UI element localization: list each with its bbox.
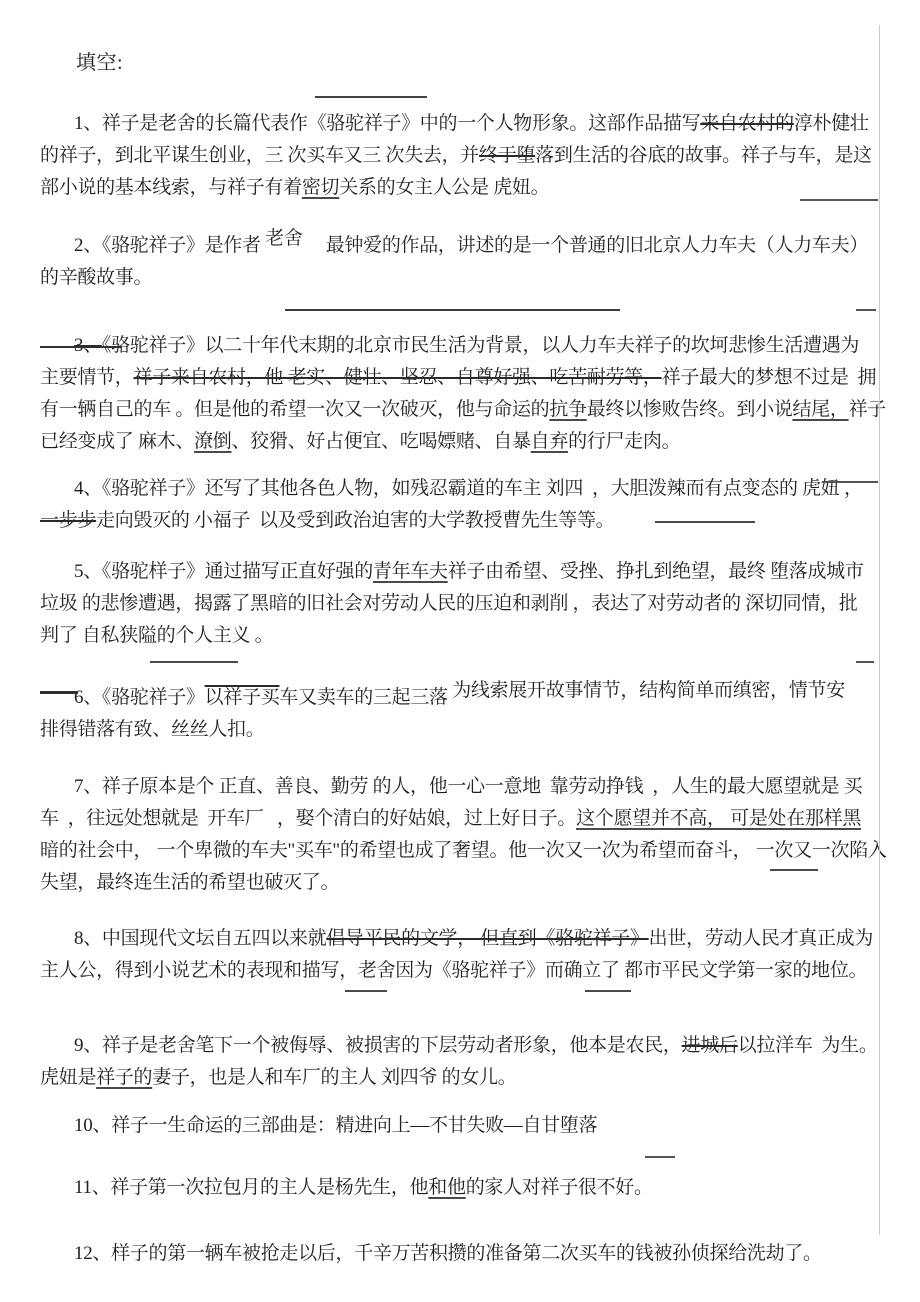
paragraph-p9: 9、祥子是老舍笔下一个被侮辱、被损害的下层劳动者形象，他本是农民，进城后以拉洋车… [40, 1030, 882, 1094]
p8-underline-1 [345, 990, 387, 992]
text-line: 排得错落有致、丝丝人扣。 [40, 714, 882, 746]
paragraph-p2: 2、《骆驼祥子》是作者 老舍 最钟爱的作品，讲述的是一个普通的旧北京人力车夫（人… [40, 230, 882, 294]
p4-trailing-blank [655, 521, 755, 523]
paragraph-p12: 12、样子的第一辆车被抢走以后，千辛万苦积攒的准备第二次买车的钱被孙侦探给洗劫了… [40, 1238, 882, 1270]
page-edge-rule [879, 25, 880, 1235]
text-segment: 妻子，也是人和车厂的主人 刘四爷 的女儿。 [152, 1067, 516, 1088]
text-segment: 判了 自私狭隘的个人主义 。 [40, 625, 273, 646]
text-line: 的祥子，到北平谋生创业，三 次买车又三 次失去，并终于堕落到生活的谷底的故事。祥… [40, 140, 882, 172]
text-line: 主人公，得到小说艺术的表现和描写，老舍因为《骆驼祥子》而确立了 都市平民文学第一… [40, 955, 882, 987]
text-line: 部小说的基本线索，与祥子有着密切关系的女主人公是 虎妞。 [40, 172, 882, 204]
text-line: 暗的社会中， 一个卑微的车夫"买车"的希望也成了奢望。他一次又一次为希望而奋斗，… [40, 835, 882, 867]
text-segment: 的辛酸故事。 [40, 267, 152, 288]
page-title: 填空: [76, 50, 123, 76]
p8-underline-2 [585, 990, 631, 992]
paragraph-p8: 8、中国现代文坛自五四以来就倡导平民的文学， 但直到《骆驼祥子》出世，劳动人民才… [40, 923, 882, 987]
p11-above-short-line [645, 1156, 675, 1158]
text-segment: 主人公，得到小说艺术的表现和描写，老舍因为《骆驼祥子》而确立了 都市平民文学第一… [40, 960, 867, 981]
text-segment: 10、祥子一生命运的三部曲是：精进向上—不甘失败—自甘堕落 [74, 1115, 597, 1136]
text-segment: 的家人对祥子很不好。 [466, 1177, 653, 1198]
underlined-answer: 抗争 [549, 399, 586, 420]
text-line: 垃圾 的悲惨遭遇，揭露了黑暗的旧社会对劳动人民的压迫和剥削 ，表达了对劳动者的 … [40, 588, 882, 620]
p4-topright-line [822, 481, 878, 483]
text-line: 已经变成了 麻木、潦倒、狡猾、好占便宜、吃喝嫖赌、自暴自弃的行尸走肉。 [40, 426, 882, 458]
p5-right-dash [856, 661, 874, 663]
text-line: 11、祥子第一次拉包月的主人是杨先生，他和他的家人对祥子很不好。 [40, 1172, 882, 1204]
struck-text: 来自农村的 [700, 113, 794, 134]
paragraph-p6: 6、《骆驼祥子》以祥子买车又卖车的三起三落 为线索展开故事情节，结构简单而缜密，… [40, 682, 882, 746]
text-segment: 12、样子的第一辆车被抢走以后，千辛万苦积攒的准备第二次买车的钱被孙侦探给洗劫了… [74, 1243, 822, 1264]
struck-text: 一步步 [40, 510, 96, 531]
text-line: 1、祥子是老舍的长篇代表作《骆驼祥子》中的一个人物形象。这部作品描写来自农村的淳… [40, 108, 882, 140]
p3-left-strike-dash [40, 346, 122, 348]
text-segment: 以拉洋车 为生。 [738, 1035, 878, 1056]
paragraph-p3: 3、《骆驼祥子》以二十年代末期的北京市民生活为背景，以人力车夫祥子的坎坷悲惨生活… [40, 330, 882, 458]
text-segment: 垃圾 的悲惨遭遇，揭露了黑暗的旧社会对劳动人民的压迫和剥削 ，表达了对劳动者的 … [40, 593, 857, 614]
text-segment: 主要情节， [40, 367, 134, 388]
text-segment: 9、祥子是老舍笔下一个被侮辱、被损害的下层劳动者形象，他本是农民， [74, 1035, 682, 1056]
text-segment: 11、祥子第一次拉包月的主人是杨先生，他 [74, 1177, 428, 1198]
text-segment: 部小说的基本线索，与祥子有着 [40, 177, 302, 198]
struck-text: 进城后 [682, 1035, 738, 1056]
text-line: 10、祥子一生命运的三部曲是：精进向上—不甘失败—自甘堕落 [40, 1110, 882, 1142]
p2-right-dash [856, 309, 876, 311]
text-segment: 淳朴健壮 [794, 113, 869, 134]
text-line: 失望，最终连生活的希望也破灭了。 [40, 867, 882, 899]
text-segment: 祥子最大的梦想不过是 拥 [662, 367, 877, 388]
text-segment: 虎妞是 [40, 1067, 96, 1088]
text-segment: 失望，最终连生活的希望也破灭了。 [40, 872, 339, 893]
underlined-answer: 潦倒 [194, 431, 231, 452]
text-line: 有一辆自己的车 。但是他的希望一次又一次破灭，他与命运的抗争最终以惨败告终。到小… [40, 394, 882, 426]
paragraph-p10: 10、祥子一生命运的三部曲是：精进向上—不甘失败—自甘堕落 [40, 1110, 882, 1142]
paragraph-p1: 1、祥子是老舍的长篇代表作《骆驼祥子》中的一个人物形象。这部作品描写来自农村的淳… [40, 108, 882, 204]
text-line: 判了 自私狭隘的个人主义 。 [40, 620, 882, 652]
p6-left-dash [40, 691, 78, 694]
text-segment: 6、《骆驼祥子》 [74, 687, 205, 708]
underlined-answer: 青年车夫 [373, 561, 448, 582]
struck-text: 终于堕 [479, 145, 535, 166]
paragraph-p11: 11、祥子第一次拉包月的主人是杨先生，他和他的家人对祥子很不好。 [40, 1172, 882, 1204]
text-line: 3、《骆驼祥子》以二十年代末期的北京市民生活为背景，以人力车夫祥子的坎坷悲惨生活… [40, 330, 882, 362]
title-blank-line [315, 96, 427, 98]
text-segment: 落到生活的谷底的故事。祥子与车，是这 [535, 145, 872, 166]
text-segment: 、狡猾、好占便宜、吃喝嫖赌、自暴 [231, 431, 530, 452]
text-line: 7、祥子原本是个 正直、善良、勤劳 的人，他一心一意地 靠劳动挣钱 ，人生的最大… [40, 771, 882, 803]
underlined-answer: 和他 [428, 1177, 465, 1198]
text-line: 4、《骆驼祥子》还写了其他各色人物，如残忍霸道的车主 刘四 ，大胆泼辣而有点变态… [40, 473, 882, 505]
p7-right-short-line [770, 869, 818, 871]
text-segment: 暗的社会中， 一个卑微的车夫"买车"的希望也成了奢望。他一次又一次为希望而奋斗，… [40, 840, 887, 861]
p5-bottom-blank-line [150, 661, 238, 663]
underlined-answer: 密切 [302, 177, 339, 198]
text-segment: 最终以惨败告终。到小说 [587, 399, 793, 420]
struck-text: 祥子来自农村，他 老实、健壮、坚忍、自尊好强、吃苦耐劳等， [134, 367, 662, 388]
text-segment: 2、《骆驼祥子》是作者 [74, 235, 265, 256]
underlined-answer: 结尾， [792, 399, 848, 420]
text-segment: 最钟爱的作品，讲述的是一个普通的旧北京人力车夫（人力车夫） [303, 235, 868, 256]
p2-answer-blank-line [285, 309, 620, 311]
text-segment: 4、《骆驼祥子》还写了其他各色人物，如残忍霸道的车主 刘四 ，大胆泼辣而有点变态… [74, 478, 863, 499]
text-segment: 5、《骆驼样子》通过描写正直好强的 [74, 561, 373, 582]
text-segment: 已经变成了 麻木、 [40, 431, 194, 452]
underlined-answer: 这个愿望并不高， 可是处在那样黑 [576, 808, 861, 829]
text-line: 6、《骆驼祥子》以祥子买车又卖车的三起三落 为线索展开故事情节，结构简单而缜密，… [40, 682, 882, 714]
text-segment: 走向毁灭的 小福子 以及受到政治迫害的大学教授曹先生等等。 [96, 510, 614, 531]
text-line: 8、中国现代文坛自五四以来就倡导平民的文学， 但直到《骆驼祥子》出世，劳动人民才… [40, 923, 882, 955]
struck-text: 倡导平民的文学， 但直到《骆驼祥子》 [326, 928, 648, 949]
worksheet-page: 填空: 1、祥子是老舍的长篇代表作《骆驼祥子》中的一个人物形象。这部作品描写来自… [0, 0, 920, 1302]
text-segment: 车又卖车的三起三落 [279, 687, 452, 708]
text-segment: 《骆驼祥子》以二十年代末期的北京市民生活为背景，以人力车夫祥子的坎坷悲惨生活遭遇… [102, 335, 859, 356]
text-segment: 有一辆自己的车 。但是他的希望一次又一次破灭，他与命运的 [40, 399, 549, 420]
text-line: 9、祥子是老舍笔下一个被侮辱、被损害的下层劳动者形象，他本是农民，进城后以拉洋车… [40, 1030, 882, 1062]
text-segment: 的祥子，到北平谋生创业，三 次买车又三 次失去，并 [40, 145, 479, 166]
text-segment: 8、中国现代文坛自五四以来就 [74, 928, 326, 949]
text-line: 主要情节，祥子来自农村，他 老实、健壮、坚忍、自尊好强、吃苦耐劳等，祥子最大的梦… [40, 362, 882, 394]
text-segment: 排得错落有致、丝丝人扣。 [40, 719, 264, 740]
text-segment: 关系的女主人公是 虎妞。 [339, 177, 549, 198]
underlined-answer: 自弃 [531, 431, 568, 452]
text-line: 2、《骆驼祥子》是作者 老舍 最钟爱的作品，讲述的是一个普通的旧北京人力车夫（人… [40, 230, 882, 262]
p1-right-blank-line [800, 199, 878, 201]
text-segment: 的行尸走肉。 [568, 431, 680, 452]
raised-answer: 老舍 [265, 228, 302, 249]
text-segment: 7、祥子原本是个 正直、善良、勤劳 的人，他一心一意地 靠劳动挣钱 ，人生的最大… [74, 776, 862, 797]
text-segment: 祥子由希望、受挫、挣扎到绝望，最终 堕落成城市 [448, 561, 864, 582]
text-line: 虎妞是祥子的妻子，也是人和车厂的主人 刘四爷 的女儿。 [40, 1062, 882, 1094]
raised-answer: 为线索展开故事情节，结构简单而缜密，情节安 [452, 680, 845, 701]
text-segment: 祥子 [849, 399, 886, 420]
text-line: 一步步走向毁灭的 小福子 以及受到政治迫害的大学教授曹先生等等。 [40, 505, 882, 537]
text-line: 的辛酸故事。 [40, 262, 882, 294]
paragraph-p5: 5、《骆驼样子》通过描写正直好强的青年车夫祥子由希望、受挫、挣扎到绝望，最终 堕… [40, 556, 882, 652]
text-segment: 车 ，往远处想就是 开车厂 ，娶个清白的好姑娘，过上好日子。 [40, 808, 576, 829]
text-segment: 出世，劳动人民才真正成为 [649, 928, 873, 949]
paragraph-p4: 4、《骆驼祥子》还写了其他各色人物，如残忍霸道的车主 刘四 ，大胆泼辣而有点变态… [40, 473, 882, 537]
paragraph-p7: 7、祥子原本是个 正直、善良、勤劳 的人，他一心一意地 靠劳动挣钱 ，人生的最大… [40, 771, 882, 899]
text-line: 12、样子的第一辆车被抢走以后，千辛万苦积攒的准备第二次买车的钱被孙侦探给洗劫了… [40, 1238, 882, 1270]
text-segment: 1、祥子是老舍的长篇代表作《骆驼祥子》中的一个人物形象。这部作品描写 [74, 113, 700, 134]
text-line: 5、《骆驼样子》通过描写正直好强的青年车夫祥子由希望、受挫、挣扎到绝望，最终 堕… [40, 556, 882, 588]
overlined-text: 以祥子买 [205, 687, 280, 708]
underlined-answer: 祥子的 [96, 1067, 152, 1088]
text-line: 车 ，往远处想就是 开车厂 ，娶个清白的好姑娘，过上好日子。这个愿望并不高， 可… [40, 803, 882, 835]
